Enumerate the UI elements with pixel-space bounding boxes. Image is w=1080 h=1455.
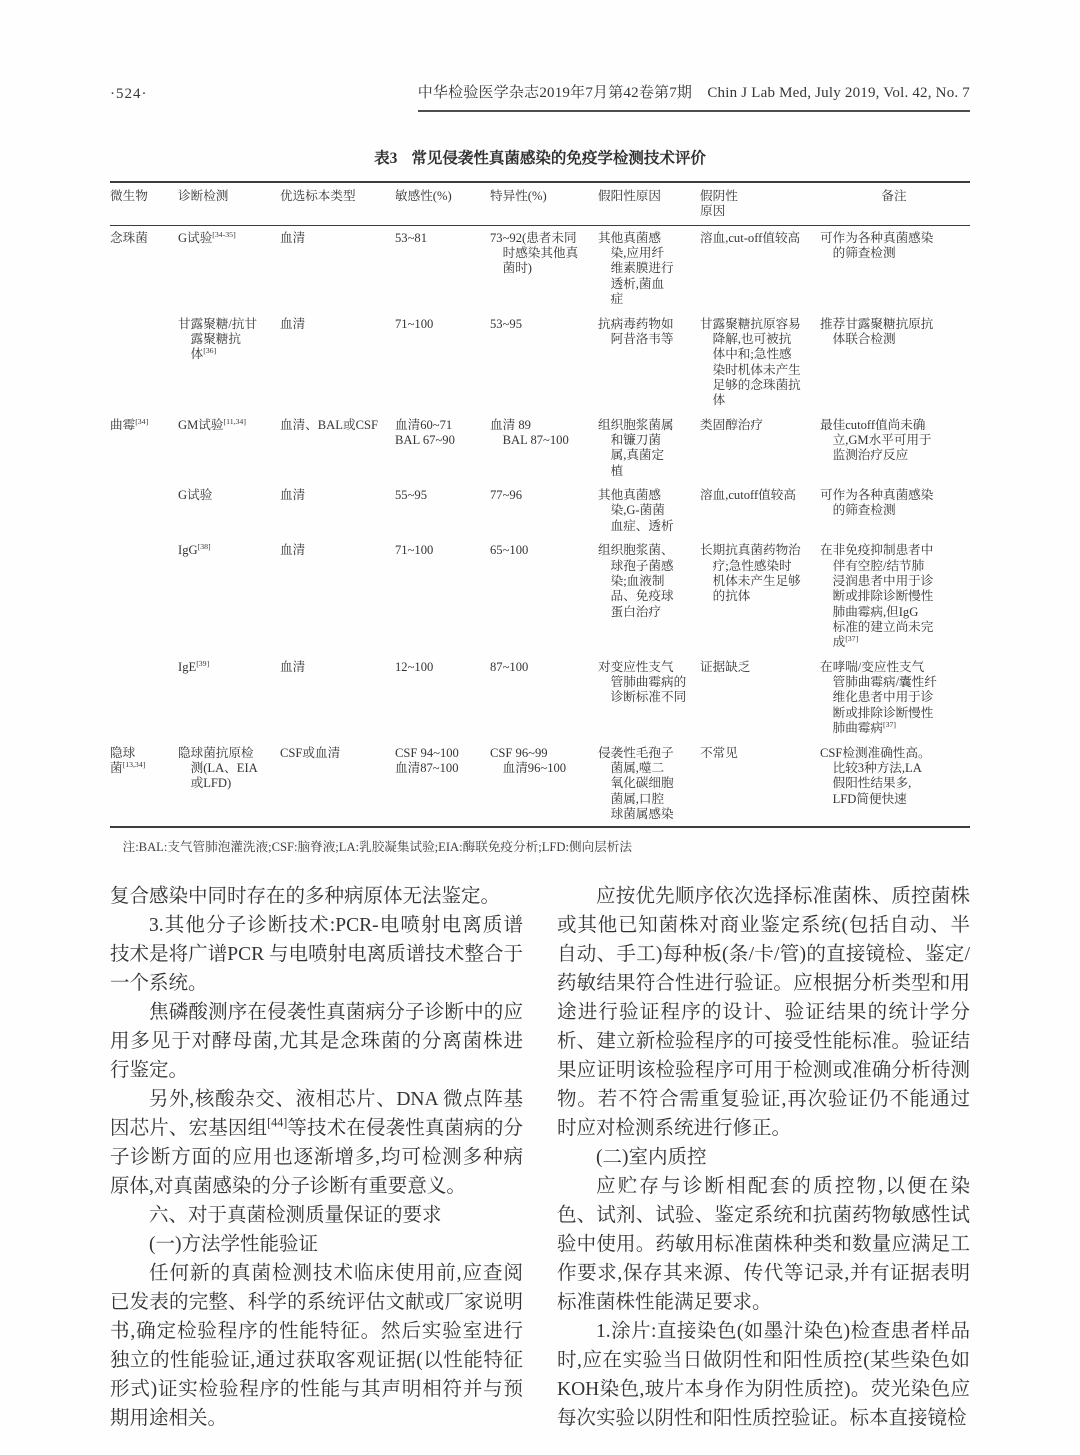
table-cell: 在非免疫抑制患者中伴有空腔/结节肺浸润患者中用于诊断或排除诊断慢性肺曲霉病,但I…	[820, 538, 970, 655]
table-cell: 血清60~71BAL 67~90	[395, 413, 490, 483]
column-header: 假阴性原因	[700, 182, 820, 225]
body-right-column: 应按优先顺序依次选择标准菌株、质控菌株或其他已知菌株对商业鉴定系统(包括自动、半…	[557, 882, 970, 1433]
table-cell: 抗病毒药物如阿昔洛韦等	[598, 312, 700, 413]
reference-superscript: [34]	[135, 416, 148, 425]
table-cell: G试验[34-35]	[178, 225, 280, 311]
table-cell: 在哮喘/变应性支气管肺曲霉病/囊性纤维化患者中用于诊断或排除诊断慢性肺曲霉病[3…	[820, 655, 970, 741]
body-paragraph: 任何新的真菌检测技术临床使用前,应查阅已发表的完整、科学的系统评估文献或厂家说明…	[110, 1259, 523, 1433]
article-body: 复合感染中同时存在的多种病原体无法鉴定。3.其他分子诊断技术:PCR-电喷射电离…	[110, 882, 970, 1433]
table-row: IgE[39]血清12~10087~100对变应性支气管肺曲霉病的诊断标准不同证…	[110, 655, 970, 741]
body-paragraph: 应按优先顺序依次选择标准菌株、质控菌株或其他已知菌株对商业鉴定系统(包括自动、半…	[557, 882, 970, 1143]
table-cell: IgG[38]	[178, 538, 280, 655]
body-paragraph: 复合感染中同时存在的多种病原体无法鉴定。	[110, 882, 523, 911]
evaluation-table: 微生物诊断检测优选标本类型敏感性(%)特异性(%)假阳性原因假阴性原因备注念珠菌…	[110, 181, 970, 828]
body-paragraph: (二)室内质控	[557, 1143, 970, 1172]
table-cell: 血清	[280, 538, 395, 655]
column-header: 诊断检测	[178, 182, 280, 225]
table-cell: 组织胞浆菌、球孢子菌感染;血液制品、免疫球蛋白治疗	[598, 538, 700, 655]
column-header: 敏感性(%)	[395, 182, 490, 225]
body-left-column: 复合感染中同时存在的多种病原体无法鉴定。3.其他分子诊断技术:PCR-电喷射电离…	[110, 882, 523, 1433]
table-cell: 甘露聚糖抗原容易降解,也可被抗体中和;急性感染时机体未产生足够的念珠菌抗体	[700, 312, 820, 413]
table-cell: 血清	[280, 655, 395, 741]
table-cell: 隐球菌[13,34]	[110, 741, 178, 828]
table-cell: 类固醇治疗	[700, 413, 820, 483]
body-paragraph: 六、对于真菌检测质量保证的要求	[110, 1201, 523, 1230]
table-cell: 53~95	[490, 312, 598, 413]
table-caption: 常见侵袭性真菌感染的免疫学检测技术评价	[411, 150, 706, 167]
table-cell: 溶血,cutoff值较高	[700, 483, 820, 538]
table-cell: 可作为各种真菌感染的筛查检测	[820, 483, 970, 538]
table-cell: 血清	[280, 225, 395, 311]
table-title: 表3常见侵袭性真菌感染的免疫学检测技术评价	[110, 146, 970, 168]
column-header: 微生物	[110, 182, 178, 225]
table-cell: 不常见	[700, 741, 820, 828]
body-paragraph: (一)方法学性能验证	[110, 1230, 523, 1259]
body-paragraph: 1.涂片:直接染色(如墨汁染色)检查患者样品时,应在实验当日做阴性和阳性质控(某…	[557, 1317, 970, 1433]
table-cell: 推荐甘露聚糖抗原抗体联合检测	[820, 312, 970, 413]
table-label: 表3	[374, 150, 397, 167]
table-cell: CSF 96~99血清96~100	[490, 741, 598, 828]
reference-superscript: [37]	[845, 634, 858, 643]
column-header: 优选标本类型	[280, 182, 395, 225]
table-cell: 曲霉[34]	[110, 413, 178, 483]
table-cell: G试验	[178, 483, 280, 538]
reference-superscript: [36]	[203, 346, 216, 355]
table-cell: 溶血,cut-off值较高	[700, 225, 820, 311]
column-header: 备注	[820, 182, 970, 225]
table-cell: 55~95	[395, 483, 490, 538]
table-cell: 证据缺乏	[700, 655, 820, 741]
table-cell: 可作为各种真菌感染的筛查检测	[820, 225, 970, 311]
table-cell: 53~81	[395, 225, 490, 311]
reference-superscript: [37]	[883, 720, 896, 729]
table-cell: 念珠菌	[110, 225, 178, 311]
table-cell: 71~100	[395, 538, 490, 655]
table-cell	[110, 483, 178, 538]
column-header: 假阳性原因	[598, 182, 700, 225]
table-cell: 隐球菌抗原检测(LA、EIA或LFD)	[178, 741, 280, 828]
running-head: ·524· 中华检验医学杂志2019年7月第42卷第7期 Chin J Lab …	[110, 84, 970, 112]
body-paragraph: 应贮存与诊断相配套的质控物,以便在染色、试剂、试验、鉴定系统和抗菌药物敏感性试验…	[557, 1172, 970, 1317]
table-cell: 其他真菌感染,G-菌菌血症、透析	[598, 483, 700, 538]
table-cell: 甘露聚糖/抗甘露聚糖抗体[36]	[178, 312, 280, 413]
table-cell: 最佳cutoff值尚未确立,GM水平可用于监测治疗反应	[820, 413, 970, 483]
table-cell: 组织胞浆菌属和镰刀菌属,真菌定植	[598, 413, 700, 483]
table-cell: 12~100	[395, 655, 490, 741]
reference-superscript: [11,34]	[223, 416, 245, 425]
table-row: 隐球菌[13,34]隐球菌抗原检测(LA、EIA或LFD)CSF或血清CSF 9…	[110, 741, 970, 828]
table-cell: 77~96	[490, 483, 598, 538]
reference-superscript: [38]	[198, 542, 211, 551]
table-row: 念珠菌G试验[34-35]血清53~8173~92(患者未同时感染其他真菌时)其…	[110, 225, 970, 311]
table-footnote: 注:BAL:支气管肺泡灌洗液;CSF:脑脊液;LA:乳胶凝集试验;EIA:酶联免…	[110, 828, 970, 855]
table-cell: 65~100	[490, 538, 598, 655]
column-header: 特异性(%)	[490, 182, 598, 225]
table-row: G试验血清55~9577~96其他真菌感染,G-菌菌血症、透析溶血,cutoff…	[110, 483, 970, 538]
table-cell: 血清	[280, 312, 395, 413]
table-cell: 对变应性支气管肺曲霉病的诊断标准不同	[598, 655, 700, 741]
table-row: 甘露聚糖/抗甘露聚糖抗体[36]血清71~10053~95抗病毒药物如阿昔洛韦等…	[110, 312, 970, 413]
reference-superscript: [39]	[196, 659, 209, 668]
table-cell: CSF检测准确性高。比较3种方法,LA假阳性结果多,LFD简便快速	[820, 741, 970, 828]
reference-superscript: [13,34]	[123, 760, 146, 769]
reference-superscript: [44]	[267, 1115, 287, 1129]
table-cell: 73~92(患者未同时感染其他真菌时)	[490, 225, 598, 311]
table-row: IgG[38]血清71~10065~100组织胞浆菌、球孢子菌感染;血液制品、免…	[110, 538, 970, 655]
reference-superscript: [34-35]	[212, 230, 235, 239]
table-cell: 87~100	[490, 655, 598, 741]
table-cell: 长期抗真菌药物治疗;急性感染时机体未产生足够的抗体	[700, 538, 820, 655]
table-cell: 血清	[280, 483, 395, 538]
table-cell: 血清 89BAL 87~100	[490, 413, 598, 483]
table-cell	[110, 655, 178, 741]
table-cell: CSF或血清	[280, 741, 395, 828]
journal-title-line: 中华检验医学杂志2019年7月第42卷第7期 Chin J Lab Med, J…	[418, 84, 970, 112]
table-cell: 血清、BAL或CSF	[280, 413, 395, 483]
table-cell: 侵袭性毛孢子菌属,噬二氧化碳细胞菌属,口腔球菌属感染	[598, 741, 700, 828]
table-cell: IgE[39]	[178, 655, 280, 741]
table-cell: CSF 94~100血清87~100	[395, 741, 490, 828]
table-cell	[110, 538, 178, 655]
body-paragraph: 焦磷酸测序在侵袭性真菌病分子诊断中的应用多见于对酵母菌,尤其是念珠菌的分离菌株进…	[110, 998, 523, 1085]
table-cell	[110, 312, 178, 413]
table-cell: GM试验[11,34]	[178, 413, 280, 483]
table-row: 曲霉[34]GM试验[11,34]血清、BAL或CSF血清60~71BAL 67…	[110, 413, 970, 483]
table-header-row: 微生物诊断检测优选标本类型敏感性(%)特异性(%)假阳性原因假阴性原因备注	[110, 182, 970, 225]
body-paragraph: 另外,核酸杂交、液相芯片、DNA 微点阵基因芯片、宏基因组[44]等技术在侵袭性…	[110, 1085, 523, 1201]
page-number: ·524·	[110, 85, 148, 112]
table-cell: 其他真菌感染,应用纤维素膜进行透析,菌血症	[598, 225, 700, 311]
body-paragraph: 3.其他分子诊断技术:PCR-电喷射电离质谱技术是将广谱PCR 与电喷射电离质谱…	[110, 911, 523, 998]
journal-page: ·524· 中华检验医学杂志2019年7月第42卷第7期 Chin J Lab …	[0, 0, 1080, 1455]
table-cell: 71~100	[395, 312, 490, 413]
